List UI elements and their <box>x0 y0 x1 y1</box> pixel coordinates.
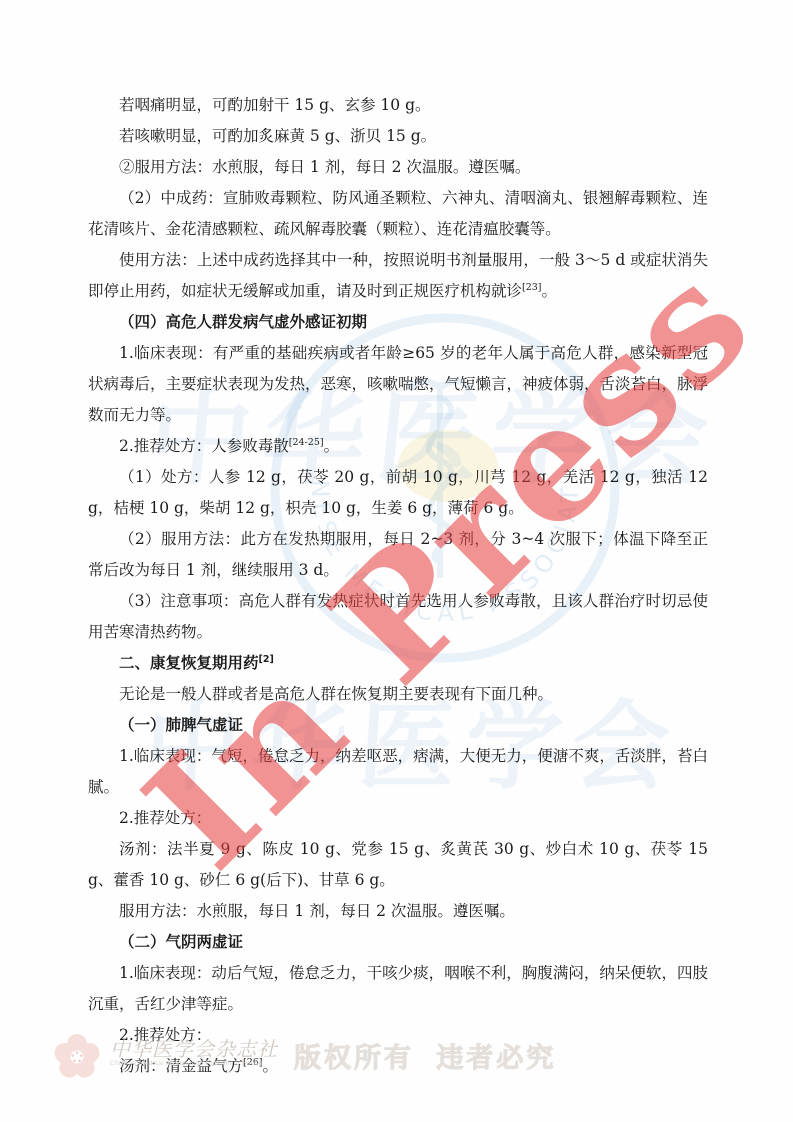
paragraph-text: 无论是一般人群或者是高危人群在恢复期主要表现有下面几种。 <box>119 685 553 703</box>
section-heading: 二、康复恢复期用药[2] <box>88 648 708 679</box>
section-heading: （一）肺脾气虚证 <box>88 710 708 741</box>
paragraph: 服用方法：水煎服，每日 1 剂，每日 2 次温服。遵医嘱。 <box>88 896 708 927</box>
paragraph: 1.临床表现：有严重的基础疾病或者年龄≥65 岁的老年人属于高危人群，感染新型冠… <box>88 338 708 431</box>
paragraph: 若咳嗽明显，可酌加炙麻黄 5 g、浙贝 15 g。 <box>88 121 708 152</box>
paragraph-text: （二）气阴两虚证 <box>119 933 243 951</box>
paragraph-text: 若咽痛明显，可酌加射干 15 g、玄参 10 g。 <box>119 96 431 114</box>
paragraph-text: （四）高危人群发病气虚外感证初期 <box>119 313 367 331</box>
paragraph: （2）服用方法：此方在发热期服用，每日 2~3 剂，分 3~4 次服下；体温下降… <box>88 524 708 586</box>
paragraph: 使用方法：上述中成药选择其中一种，按照说明书剂量服用，一般 3～5 d 或症状消… <box>88 245 708 307</box>
paragraph: （2）中成药：宣肺败毒颗粒、防风通圣颗粒、六神丸、清咽滴丸、银翘解毒颗粒、连花清… <box>88 183 708 245</box>
paragraph-text: 2.推荐处方： <box>119 809 211 827</box>
paragraph: 若咽痛明显，可酌加射干 15 g、玄参 10 g。 <box>88 90 708 121</box>
plum-blossom-logo <box>52 1032 102 1082</box>
section-heading: （四）高危人群发病气虚外感证初期 <box>88 307 708 338</box>
paragraph-text: 1.临床表现：有严重的基础疾病或者年龄≥65 岁的老年人属于高危人群，感染新型冠… <box>88 344 708 424</box>
paragraph-text: 汤剂：法半夏 9 g、陈皮 10 g、党参 15 g、炙黄芪 30 g、炒白术 … <box>88 840 708 889</box>
paragraph-text: 二、康复恢复期用药 <box>119 654 259 672</box>
paragraph: 2.推荐处方： <box>88 803 708 834</box>
paragraph: ②服用方法：水煎服，每日 1 剂，每日 2 次温服。遵医嘱。 <box>88 152 708 183</box>
paragraph: 1.临床表现：气短，倦怠乏力，纳差呕恶，痞满，大便无力，便溏不爽，舌淡胖，苔白腻… <box>88 741 708 803</box>
paragraph-text: （2）中成药：宣肺败毒颗粒、防风通圣颗粒、六神丸、清咽滴丸、银翘解毒颗粒、连花清… <box>88 189 708 238</box>
citation-superscript: [2] <box>259 654 274 665</box>
paragraph-text: （3）注意事项：高危人群有发热症状时首先选用人参败毒散，且该人群治疗时切忌使用苦… <box>88 592 708 641</box>
document-body: 若咽痛明显，可酌加射干 15 g、玄参 10 g。若咳嗽明显，可酌加炙麻黄 5 … <box>88 90 708 1082</box>
section-heading: （二）气阴两虚证 <box>88 927 708 958</box>
copyright-notice: 版权所有 违者必究 <box>294 1036 556 1075</box>
paragraph-text: 1.临床表现：气短，倦怠乏力，纳差呕恶，痞满，大便无力，便溏不爽，舌淡胖，苔白腻… <box>88 747 708 796</box>
paragraph-text: 使用方法：上述中成药选择其中一种，按照说明书剂量服用，一般 3～5 d 或症状消… <box>88 251 708 300</box>
paragraph-text: 。 <box>542 282 558 300</box>
paragraph-text: 若咳嗽明显，可酌加炙麻黄 5 g、浙贝 15 g。 <box>119 127 436 145</box>
paragraph-text: （1）处方：人参 12 g，茯苓 20 g，前胡 10 g，川芎 12 g，羌活… <box>88 468 708 517</box>
paragraph-text: （2）服用方法：此方在发热期服用，每日 2~3 剂，分 3~4 次服下；体温下降… <box>88 530 708 579</box>
paragraph: （1）处方：人参 12 g，茯苓 20 g，前胡 10 g，川芎 12 g，羌活… <box>88 462 708 524</box>
paragraph-text: 服用方法：水煎服，每日 1 剂，每日 2 次温服。遵医嘱。 <box>119 902 515 920</box>
paragraph-text: 。 <box>324 437 340 455</box>
document-page: CHINESE MEDICAL ASSOCIATION 中华医学会 中华医学会 … <box>0 0 793 1122</box>
paragraph: （3）注意事项：高危人群有发热症状时首先选用人参败毒散，且该人群治疗时切忌使用苦… <box>88 586 708 648</box>
footer-watermark: 中华医学会杂志社 Chinese Medical Association Pub… <box>52 1032 556 1082</box>
citation-superscript: [23] <box>522 282 542 293</box>
paragraph: 无论是一般人群或者是高危人群在恢复期主要表现有下面几种。 <box>88 679 708 710</box>
paragraph-text: ②服用方法：水煎服，每日 1 剂，每日 2 次温服。遵医嘱。 <box>119 158 530 176</box>
paragraph-text: （一）肺脾气虚证 <box>119 716 243 734</box>
publisher-name-en: Chinese Medical Association Publishing H… <box>110 1060 278 1068</box>
citation-superscript: [24-25] <box>289 437 324 448</box>
paragraph-text: 2.推荐处方：人参败毒散 <box>119 437 289 455</box>
paragraph-text: 1.临床表现：动后气短，倦怠乏力，干咳少痰，咽喉不利，胸腹满闷，纳呆便软，四肢沉… <box>88 964 708 1013</box>
paragraph: 2.推荐处方：人参败毒散[24-25]。 <box>88 431 708 462</box>
paragraph: 汤剂：法半夏 9 g、陈皮 10 g、党参 15 g、炙黄芪 30 g、炒白术 … <box>88 834 708 896</box>
publisher-name-cn: 中华医学会杂志社 <box>110 1038 278 1060</box>
paragraph: 1.临床表现：动后气短，倦怠乏力，干咳少痰，咽喉不利，胸腹满闷，纳呆便软，四肢沉… <box>88 958 708 1020</box>
publisher-block: 中华医学会杂志社 Chinese Medical Association Pub… <box>110 1038 278 1068</box>
